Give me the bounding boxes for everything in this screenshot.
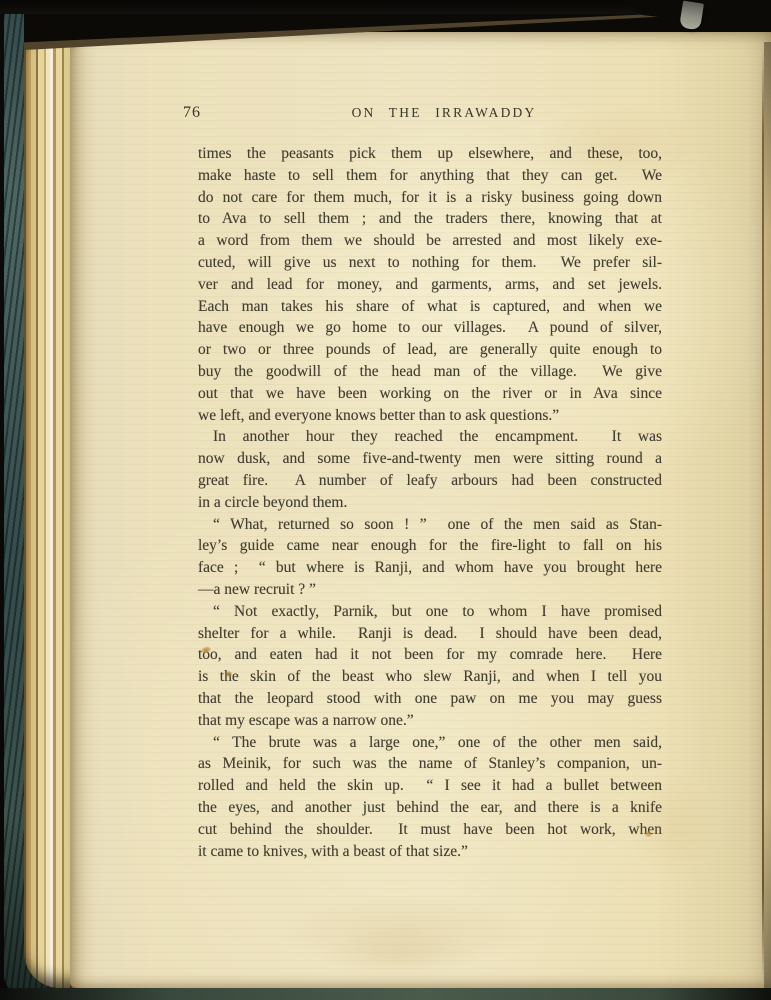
text-line: —a new recruit ? ” <box>198 579 662 601</box>
text-line: in a circle beyond them. <box>198 492 662 514</box>
page-corner-tab <box>679 1 704 31</box>
text-line: do not care for them much, for it is a r… <box>198 187 662 209</box>
page-edge-stack <box>24 28 76 988</box>
text-line: the eyes, and another just behind the ea… <box>198 797 662 819</box>
text-line: In another hour they reached the encampm… <box>198 426 662 448</box>
text-line: “ What, returned so soon ! ” one of the … <box>198 514 662 536</box>
paragraph: “ Not exactly, Parnik, but one to whom I… <box>198 601 662 732</box>
text-line: is the skin of the beast who slew Ranji,… <box>198 666 662 688</box>
text-line: cut behind the shoulder. It must have be… <box>198 819 662 841</box>
paragraph: “ What, returned so soon ! ” one of the … <box>198 514 662 601</box>
paragraph: “ The brute was a large one,” one of the… <box>198 732 662 863</box>
text-line: ley’s guide came near enough for the fir… <box>198 535 662 557</box>
running-title: ON THE IRRAWADDY <box>198 105 676 121</box>
text-line: make haste to sell them for anything tha… <box>198 165 662 187</box>
text-line: or two or three pounds of lead, are gene… <box>198 339 662 361</box>
text-line: out that we have been working on the riv… <box>198 383 662 405</box>
text-line: face ; “ but where is Ranji, and whom ha… <box>198 557 662 579</box>
text-line: that the leopard stood with one paw on m… <box>198 688 662 710</box>
text-line: ver and lead for money, and garments, ar… <box>198 274 662 296</box>
text-line: as Meinik, for such was the name of Stan… <box>198 753 662 775</box>
text-line: have enough we go home to our villages. … <box>198 317 662 339</box>
page-edge-strip <box>764 42 771 988</box>
text-line: now dusk, and some five-and-twenty men w… <box>198 448 662 470</box>
text-line: too, and eaten had it not been for my co… <box>198 644 662 666</box>
text-line: to Ava to sell them ; and the traders th… <box>198 208 662 230</box>
text-line: that my escape was a narrow one.” <box>198 710 662 732</box>
text-line: cuted, will give us next to nothing for … <box>198 252 662 274</box>
page-crease <box>746 52 749 968</box>
text-line: it came to knives, with a beast of that … <box>198 841 662 863</box>
paper-stain <box>320 927 480 982</box>
text-line: rolled and held the skin up. “ I see it … <box>198 775 662 797</box>
page-header: 76 ON THE IRRAWADDY <box>70 102 771 124</box>
text-line: “ The brute was a large one,” one of the… <box>198 732 662 754</box>
text-line: “ Not exactly, Parnik, but one to whom I… <box>198 601 662 623</box>
paragraph: In another hour they reached the encampm… <box>198 426 662 513</box>
cover-bottom-band <box>0 988 771 1000</box>
text-line: buy the goodwill of the head man of the … <box>198 361 662 383</box>
text-line: we left, and everyone knows better than … <box>198 405 662 427</box>
book-page: 76 ON THE IRRAWADDY times the peasants p… <box>70 32 771 990</box>
text-line: times the peasants pick them up elsewher… <box>198 143 662 165</box>
text-line: a word from them we should be arrested a… <box>198 230 662 252</box>
text-block: times the peasants pick them up elsewher… <box>198 143 662 862</box>
text-line: Each man takes his share of what is capt… <box>198 296 662 318</box>
paragraph: times the peasants pick them up elsewher… <box>198 143 662 426</box>
text-line: shelter for a while. Ranji is dead. I sh… <box>198 623 662 645</box>
book-scan-photo: 76 ON THE IRRAWADDY times the peasants p… <box>0 0 771 1000</box>
text-line: great fire. A number of leafy arbours ha… <box>198 470 662 492</box>
